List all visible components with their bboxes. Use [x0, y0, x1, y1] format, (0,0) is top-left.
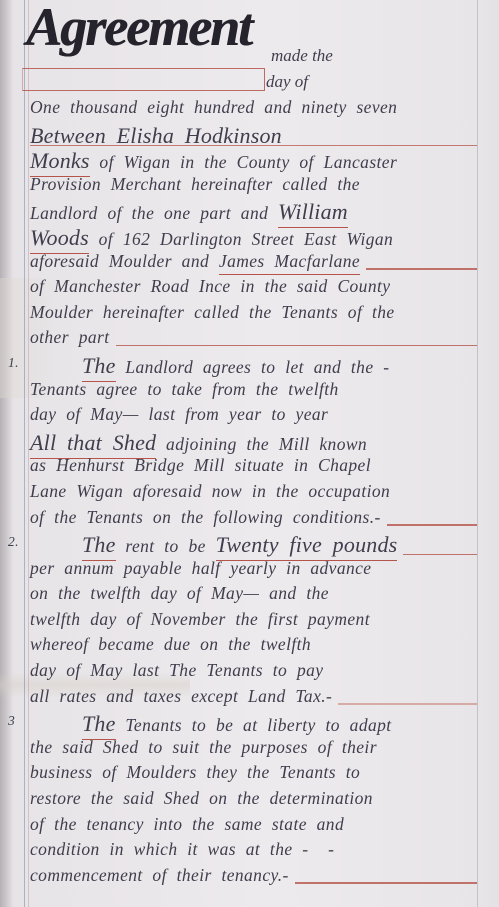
document-line: Woods of 162 Darlington Street East Wiga…	[30, 225, 477, 251]
text-segment: condition in which it was at the - -	[30, 839, 334, 860]
text-segment: One thousand eight hundred and ninety se…	[30, 97, 397, 118]
document-line: twelfth day of November the first paymen…	[30, 609, 477, 635]
text-segment: whereof became due on the twelfth	[30, 634, 311, 655]
text-segment: per annum payable half yearly in advance	[30, 558, 371, 579]
text-segment: Lane Wigan aforesaid now in the occupati…	[30, 481, 390, 502]
right-margin-rule	[477, 0, 478, 907]
document-line: condition in which it was at the - -	[30, 839, 477, 865]
fill-rule	[387, 524, 477, 525]
document-line: as Henhurst Bridge Mill situate in Chape…	[30, 455, 477, 481]
text-segment: restore the said Shed on the determinati…	[30, 788, 373, 809]
document-line: Moulder hereinafter called the Tenants o…	[30, 302, 477, 328]
document-line: of the Tenants on the following conditio…	[30, 507, 477, 533]
document-body: One thousand eight hundred and ninety se…	[30, 97, 477, 890]
text-segment: business of Moulders they the Tenants to	[30, 762, 360, 783]
text-segment: rent to be	[116, 536, 216, 557]
text-segment: Tenants to be at liberty to adapt	[116, 715, 392, 736]
document-line: whereof became due on the twelfth	[30, 634, 477, 660]
document-title: Agreement	[26, 0, 251, 58]
text-segment: twelfth day of November the first paymen…	[30, 609, 370, 630]
document-line: 1.The Landlord agrees to let and the -	[30, 353, 477, 379]
page-edge-shadow	[0, 0, 14, 907]
fill-rule	[338, 703, 477, 704]
text-segment: Moulder hereinafter called the Tenants o…	[30, 302, 395, 323]
day-of-label: day of	[266, 72, 308, 92]
document-line: day of May— last from year to year	[30, 404, 477, 430]
left-margin-rule-inner	[28, 0, 29, 907]
text-segment: of Wigan in the County of Lancaster	[90, 152, 398, 173]
fill-rule	[366, 268, 477, 269]
document-line: aforesaid Moulder and James Macfarlane	[30, 251, 477, 277]
made-the-label: made the	[271, 46, 333, 66]
document-line: Landlord of the one part and William	[30, 199, 477, 225]
document-header: Agreement made the day of	[0, 0, 499, 97]
document-line: business of Moulders they the Tenants to	[30, 762, 477, 788]
clause-number: 2.	[8, 534, 19, 550]
document-line: 3The Tenants to be at liberty to adapt	[30, 711, 477, 737]
document-line: Provision Merchant hereinafter called th…	[30, 174, 477, 200]
underlined-text: James Macfarlane	[219, 251, 360, 275]
text-segment: Tenants agree to take from the twelfth	[30, 379, 339, 400]
text-segment: aforesaid Moulder and	[30, 251, 219, 272]
document-line: commencement of their tenancy.-	[30, 865, 477, 891]
text-segment: adjoining the Mill known	[156, 434, 367, 455]
text-segment: Landlord of the one part and	[30, 203, 278, 224]
document-line: All that Shed adjoining the Mill known	[30, 430, 477, 456]
text-segment: Provision Merchant hereinafter called th…	[30, 174, 360, 195]
text-segment: all rates and taxes except Land Tax.-	[30, 686, 332, 707]
document-line: Monks of Wigan in the County of Lancaste…	[30, 148, 477, 174]
document-line: Tenants agree to take from the twelfth	[30, 379, 477, 405]
text-segment: of 162 Darlington Street East Wigan	[89, 229, 393, 250]
document-line: on the twelfth day of May— and the	[30, 583, 477, 609]
blank-day-box	[22, 68, 265, 91]
text-segment: the said Shed to suit the purposes of th…	[30, 737, 377, 758]
document-line: the said Shed to suit the purposes of th…	[30, 737, 477, 763]
text-segment: of the Tenants on the following conditio…	[30, 507, 381, 528]
document-line: One thousand eight hundred and ninety se…	[30, 97, 477, 123]
text-segment: day of May— last from year to year	[30, 404, 328, 425]
document-line: of the tenancy into the same state and	[30, 814, 477, 840]
text-segment: as Henhurst Bridge Mill situate in Chape…	[30, 455, 371, 476]
text-segment: other part	[30, 327, 110, 348]
fill-rule	[403, 554, 477, 555]
fill-rule	[116, 345, 478, 346]
text-segment: day of May last The Tenants to pay	[30, 660, 323, 681]
fill-rule	[295, 882, 477, 883]
left-margin-rule	[24, 0, 25, 907]
document-line: 2.The rent to be Twenty five pounds	[30, 532, 477, 558]
document-line: per annum payable half yearly in advance	[30, 558, 477, 584]
document-line: of Manchester Road Ince in the said Coun…	[30, 276, 477, 302]
document-line: Between Elisha Hodkinson	[30, 123, 477, 149]
page: Agreement made the day of One thousand e…	[0, 0, 499, 907]
text-segment: commencement of their tenancy.-	[30, 865, 289, 886]
document-line: Lane Wigan aforesaid now in the occupati…	[30, 481, 477, 507]
document-line: day of May last The Tenants to pay	[30, 660, 477, 686]
document-line: restore the said Shed on the determinati…	[30, 788, 477, 814]
document-line: other part	[30, 327, 477, 353]
text-segment: Landlord agrees to let and the -	[116, 357, 390, 378]
text-segment: on the twelfth day of May— and the	[30, 583, 329, 604]
clause-number: 3	[8, 713, 15, 729]
text-segment: of the tenancy into the same state and	[30, 814, 344, 835]
text-segment: of Manchester Road Ince in the said Coun…	[30, 276, 390, 297]
document-line: all rates and taxes except Land Tax.-	[30, 686, 477, 712]
clause-number: 1.	[8, 355, 19, 371]
full-underline-rule	[30, 145, 477, 147]
